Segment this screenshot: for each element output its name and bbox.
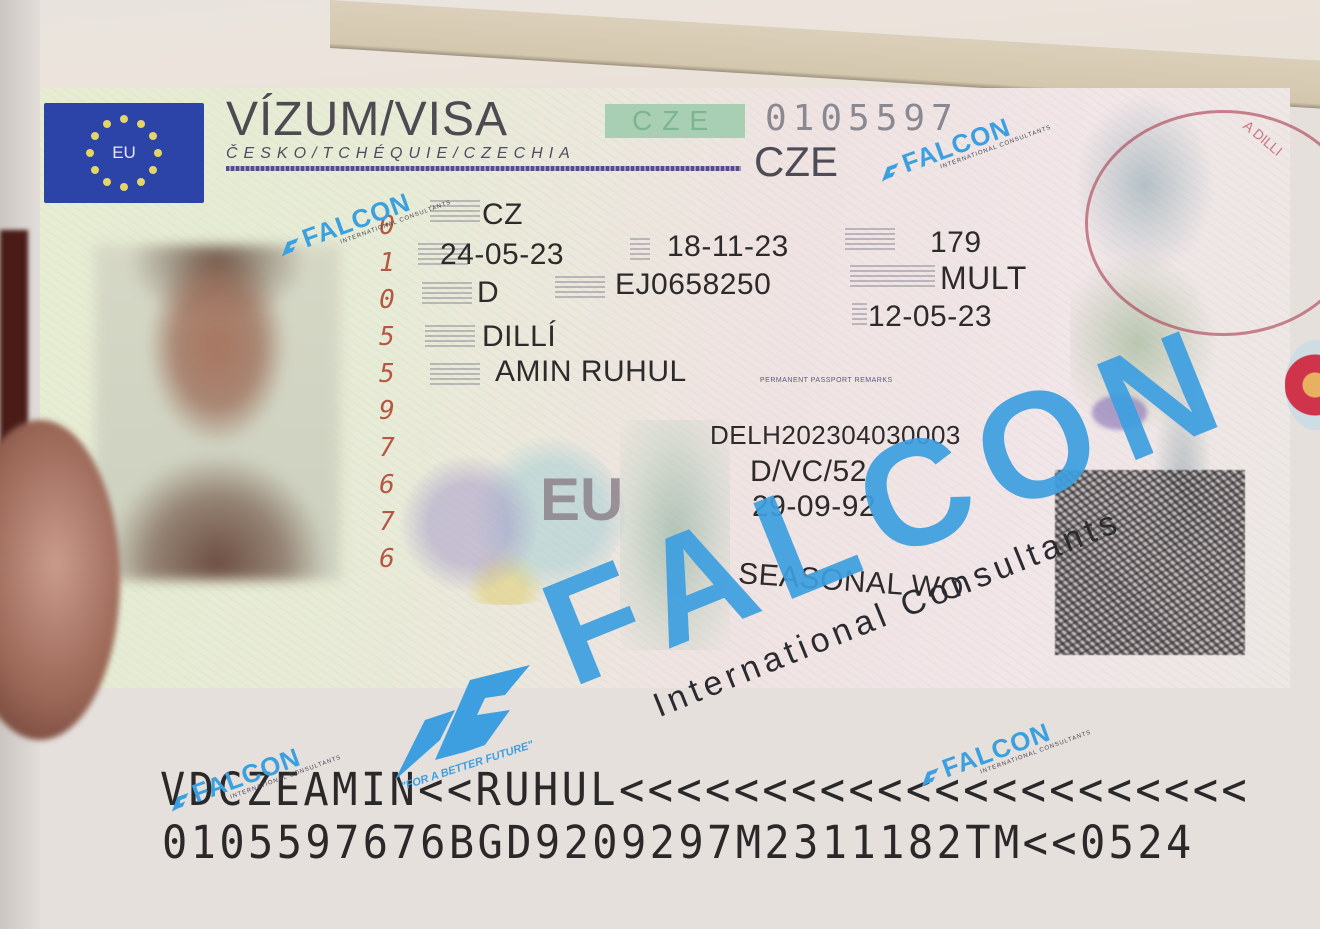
star-icon xyxy=(91,166,99,174)
star-icon xyxy=(149,132,157,140)
visa-title: VÍZUM/VISA xyxy=(226,92,508,147)
star-icon xyxy=(137,178,145,186)
label-type xyxy=(422,282,472,304)
field-from: 24-05-23 xyxy=(440,238,564,272)
field-until: 18-11-23 xyxy=(667,230,789,264)
eu-flag-icon: EU xyxy=(44,103,204,203)
label-until xyxy=(630,238,650,260)
eu-flag-label: EU xyxy=(44,143,204,163)
field-issued-in: DILLÍ xyxy=(482,320,556,354)
field-issue-date: 12-05-23 xyxy=(868,300,992,334)
star-icon xyxy=(149,166,157,174)
issuing-state: ČESKO/TCHÉQUIE/CZECHIA xyxy=(226,145,576,163)
label-entries xyxy=(850,265,935,287)
emblem-icon xyxy=(1285,340,1320,430)
star-icon xyxy=(120,183,128,191)
star-icon xyxy=(91,132,99,140)
label-passport xyxy=(555,276,605,298)
label-issue-date xyxy=(852,303,867,325)
hologram-eu-text: EU xyxy=(540,470,623,530)
serial-number: 0105597 xyxy=(765,98,959,139)
star-icon xyxy=(120,115,128,123)
field-valid-for: CZ xyxy=(482,198,523,232)
field-name: AMIN RUHUL xyxy=(495,355,687,389)
microprint-rule xyxy=(226,166,741,171)
label-name xyxy=(430,363,480,385)
country-box: CZE xyxy=(605,104,745,138)
field-passport-number: EJ0658250 xyxy=(615,268,771,302)
field-duration: 179 xyxy=(930,226,982,260)
field-visa-type: D xyxy=(477,276,499,310)
star-icon xyxy=(103,178,111,186)
country-code: CZE xyxy=(754,138,838,186)
field-entries: MULT xyxy=(940,260,1027,297)
mrz-line-1: VDCZEAMIN<<RUHUL<<<<<<<<<<<<<<<<<<<<<< xyxy=(160,763,1250,816)
label-duration xyxy=(845,228,895,250)
star-icon xyxy=(103,120,111,128)
mrz-line-2: 0105597676BGD9209297M2311182TM<<0524 xyxy=(162,816,1195,869)
holder-photo-blurred xyxy=(95,245,340,580)
star-icon xyxy=(137,120,145,128)
label-issued-in xyxy=(425,325,475,347)
microprint-caption: PERMANENT PASSPORT REMARKS xyxy=(760,377,893,384)
